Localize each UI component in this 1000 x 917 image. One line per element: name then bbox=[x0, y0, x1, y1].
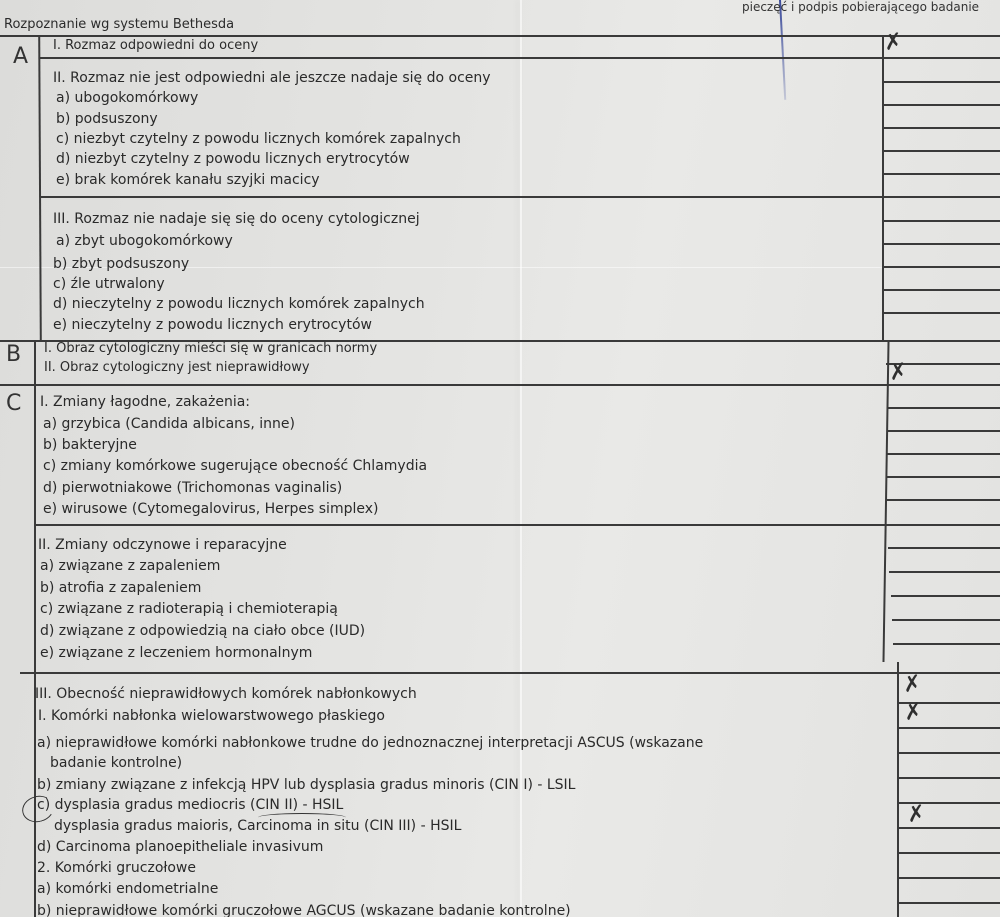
b-item: II. Obraz cytologiczny jest nieprawidłow… bbox=[44, 360, 310, 375]
a-iii-heading: III. Rozmaz nie nadaje się się do oceny … bbox=[53, 211, 420, 227]
a-ii-item: e) brak komórek kanału szyjki macicy bbox=[56, 172, 320, 188]
divider bbox=[40, 57, 1000, 59]
c-iii-heading: III. Obecność nieprawidłowych komórek na… bbox=[35, 686, 417, 702]
c-ii-item: d) związane z odpowiedzią na ciało obce … bbox=[40, 623, 365, 639]
divider bbox=[882, 342, 889, 662]
check-mark-squamous[interactable]: ✗ bbox=[902, 699, 924, 726]
checkbox-row-line bbox=[892, 619, 1000, 621]
checkbox-row-line bbox=[888, 547, 1000, 549]
a-iii-item: a) zbyt ubogokomórkowy bbox=[56, 233, 233, 249]
squamous-item-cont: badanie kontrolne) bbox=[50, 755, 182, 771]
a-iii-item: b) zbyt podsuszony bbox=[53, 256, 189, 272]
divider bbox=[34, 524, 1000, 526]
checkbox-row-line bbox=[887, 407, 1000, 409]
divider bbox=[0, 384, 1000, 386]
divider bbox=[40, 196, 1000, 198]
divider bbox=[20, 672, 1000, 674]
checkbox-row-line bbox=[883, 173, 1000, 175]
checkbox-row-line bbox=[883, 81, 1000, 83]
a-ii-item: c) niezbyt czytelny z powodu licznych ko… bbox=[56, 131, 461, 147]
squamous-item: dysplasia gradus maioris, Carcinoma in s… bbox=[54, 818, 461, 834]
a-iii-item: d) nieczytelny z powodu licznych komórek… bbox=[53, 296, 425, 312]
checkbox-row-line bbox=[887, 430, 1000, 432]
squamous-item: a) nieprawidłowe komórki nabłonkowe trud… bbox=[37, 735, 703, 751]
checkbox-row-line bbox=[883, 104, 1000, 106]
checkbox-row-line bbox=[883, 243, 1000, 245]
checkbox-row-line bbox=[898, 777, 1000, 779]
b-item: I. Obraz cytologiczny mieści się w grani… bbox=[44, 341, 377, 356]
checkbox-row-line bbox=[887, 476, 1000, 478]
check-mark-a-i[interactable]: ✗ bbox=[882, 29, 904, 56]
a-i-label: I. Rozmaz odpowiedni do oceny bbox=[53, 38, 258, 53]
c-ii-item: e) związane z leczeniem hormonalnym bbox=[40, 645, 312, 661]
glandular-item: b) nieprawidłowe komórki gruczołowe AGCU… bbox=[37, 903, 571, 917]
checkbox-row-line bbox=[898, 727, 1000, 729]
section-letter-c: C bbox=[6, 391, 21, 416]
section-letter-b: B bbox=[6, 342, 21, 367]
check-mark-cin2[interactable]: ✗ bbox=[905, 801, 927, 828]
check-mark-c-iii[interactable]: ✗ bbox=[901, 671, 923, 698]
divider bbox=[0, 35, 1000, 37]
a-iii-item: e) nieczytelny z powodu licznych erytroc… bbox=[53, 317, 372, 333]
c-ii-item: c) związane z radioterapią i chemioterap… bbox=[40, 601, 338, 617]
checkbox-row-line bbox=[883, 150, 1000, 152]
a-ii-item: a) ubogokomórkowy bbox=[56, 90, 198, 106]
checkbox-row-line bbox=[883, 266, 1000, 268]
c-i-item: c) zmiany komórkowe sugerujące obecność … bbox=[43, 458, 427, 474]
squamous-heading: I. Komórki nabłonka wielowarstwowego pła… bbox=[38, 708, 385, 724]
c-i-item: e) wirusowe (Cytomegalovirus, Herpes sim… bbox=[43, 501, 378, 517]
checkbox-row-line bbox=[898, 877, 1000, 879]
c-i-item: a) grzybica (Candida albicans, inne) bbox=[43, 416, 295, 432]
checkbox-row-line bbox=[889, 571, 1000, 573]
checkbox-row-line bbox=[898, 852, 1000, 854]
glandular-item: a) komórki endometrialne bbox=[37, 881, 218, 897]
squamous-item: b) zmiany związane z infekcją HPV lub dy… bbox=[37, 777, 575, 793]
checkbox-row-line bbox=[898, 752, 1000, 754]
checkbox-row-line bbox=[883, 312, 1000, 314]
stamp-label: pieczęć i podpis pobierającego badanie bbox=[742, 0, 979, 14]
c-i-item: b) bakteryjne bbox=[43, 437, 137, 453]
c-i-heading: I. Zmiany łagodne, zakażenia: bbox=[40, 394, 250, 410]
squamous-item-circled: c) dysplasia gradus mediocris (CIN II) -… bbox=[37, 797, 343, 813]
glandular-heading: 2. Komórki gruczołowe bbox=[37, 860, 196, 876]
checkbox-row-line bbox=[891, 595, 1000, 597]
check-mark-b-ii[interactable]: ✗ bbox=[887, 359, 909, 386]
a-iii-item: c) źle utrwalony bbox=[53, 276, 165, 292]
checkbox-row-line bbox=[887, 499, 1000, 501]
checkbox-row-line bbox=[898, 902, 1000, 904]
c-i-item: d) pierwotniakowe (Trichomonas vaginalis… bbox=[43, 480, 342, 496]
a-ii-heading: II. Rozmaz nie jest odpowiedni ale jeszc… bbox=[53, 70, 491, 86]
divider bbox=[34, 340, 36, 917]
checkbox-row-line bbox=[883, 220, 1000, 222]
checkbox-row-line bbox=[893, 643, 1000, 645]
c-ii-item: b) atrofia z zapaleniem bbox=[40, 580, 201, 596]
checkbox-row-line bbox=[883, 127, 1000, 129]
divider bbox=[38, 35, 41, 340]
c-ii-heading: II. Zmiany odczynowe i reparacyjne bbox=[38, 537, 287, 553]
divider bbox=[897, 662, 899, 917]
a-ii-item: d) niezbyt czytelny z powodu licznych er… bbox=[56, 151, 410, 167]
section-letter-a: A bbox=[13, 44, 28, 69]
squamous-item: d) Carcinoma planoepitheliale invasivum bbox=[37, 839, 323, 855]
checkbox-row-line bbox=[883, 289, 1000, 291]
checkbox-row-line bbox=[887, 453, 1000, 455]
pen-stroke bbox=[779, 0, 786, 100]
form-title: Rozpoznanie wg systemu Bethesda bbox=[4, 17, 234, 32]
a-ii-item: b) podsuszony bbox=[56, 111, 158, 127]
c-ii-item: a) związane z zapaleniem bbox=[40, 558, 220, 574]
